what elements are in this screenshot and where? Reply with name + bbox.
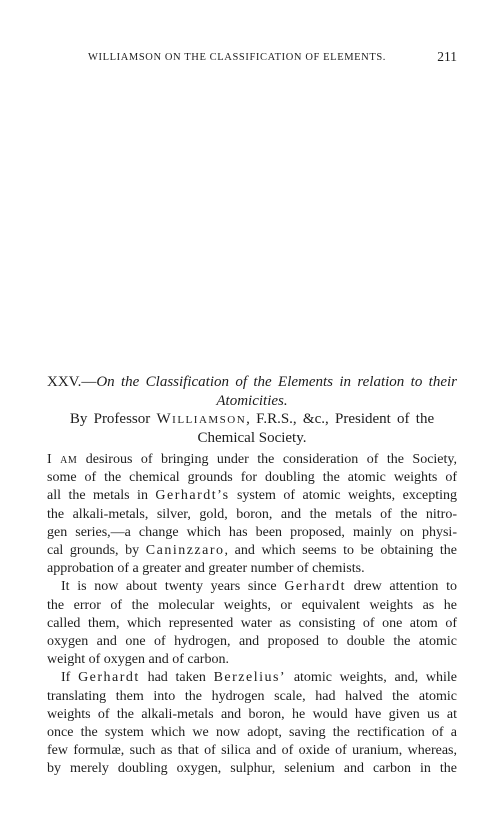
- text-line: gen series,—a change which has been prop…: [47, 524, 457, 542]
- text-segment: oxygen and one of hydrogen, and proposed…: [47, 634, 457, 649]
- text-line: once the system which we now adopt, savi…: [47, 724, 457, 742]
- text-segment: atomic weights, and, while: [286, 670, 457, 685]
- text-line: cal grounds, by Caninzzaro, and which se…: [47, 542, 457, 560]
- text-segment: the error of the molecular weights, or e…: [47, 598, 457, 613]
- text-segment: Caninzzaro: [146, 543, 225, 558]
- text-line: the alkali-metals, silver, gold, boron, …: [47, 506, 457, 524]
- text-segment: system of atomic weights, excepting: [230, 488, 457, 503]
- text-segment: had taken: [140, 670, 214, 685]
- text-segment: , F.R.S., &c., President of the: [246, 411, 434, 427]
- text-segment: Atomicities.: [216, 393, 287, 409]
- text-segment: By Professor: [70, 411, 157, 427]
- body-text: I am desirous of bringing under the cons…: [47, 451, 457, 779]
- text-segment: cal grounds, by: [47, 543, 146, 558]
- text-segment: weights of the alkali-metals and boron, …: [47, 707, 457, 722]
- text-line: weight of oxygen and of carbon.: [47, 651, 457, 669]
- text-line: weights of the alkali-metals and boron, …: [47, 706, 457, 724]
- text-line: By Professor Williamson, F.R.S., &c., Pr…: [47, 410, 457, 429]
- text-line: the error of the molecular weights, or e…: [47, 597, 457, 615]
- text-segment: It is now about twenty years since: [61, 579, 284, 594]
- text-line: by merely doubling oxygen, sulphur, sele…: [47, 760, 457, 778]
- text-line: XXV.—On the Classification of the Elemen…: [47, 373, 457, 392]
- text-line: few formulæ, such as that of silica and …: [47, 742, 457, 760]
- text-segment: Gerhardt’s: [155, 488, 229, 503]
- text-segment: desirous of bringing under the considera…: [77, 452, 457, 467]
- text-segment: some of the chemical grounds for doublin…: [47, 470, 457, 485]
- text-segment: approbation of a greater and greater num…: [47, 561, 365, 576]
- text-line: If Gerhardt had taken Berzelius’ atomic …: [47, 669, 457, 687]
- text-segment: Williamson: [157, 411, 247, 427]
- text-line: some of the chemical grounds for doublin…: [47, 469, 457, 487]
- text-segment: Gerhardt: [284, 579, 346, 594]
- text-segment: all the metals in: [47, 488, 155, 503]
- title-block: XXV.—On the Classification of the Elemen…: [47, 373, 457, 447]
- text-segment: Gerhardt: [78, 670, 140, 685]
- text-line: oxygen and one of hydrogen, and proposed…: [47, 633, 457, 651]
- text-segment: drew attention to: [346, 579, 457, 594]
- page-number: 211: [437, 49, 457, 65]
- text-line: called them, which represented water as …: [47, 615, 457, 633]
- text-segment: translating them into the hydrogen scale…: [47, 689, 457, 704]
- text-line: It is now about twenty years since Gerha…: [47, 578, 457, 596]
- text-segment: by merely doubling oxygen, sulphur, sele…: [47, 761, 457, 776]
- text-segment: XXV.—: [47, 374, 96, 390]
- running-head-title: WILLIAMSON ON THE CLASSIFICATION OF ELEM…: [47, 52, 427, 63]
- text-segment: few formulæ, such as that of silica and …: [47, 743, 457, 758]
- text-segment: once the system which we now adopt, savi…: [47, 725, 457, 740]
- text-line: Chemical Society.: [47, 429, 457, 448]
- text-segment: , and which seems to be obtaining the: [225, 543, 458, 558]
- text-segment: weight of oxygen and of carbon.: [47, 652, 229, 667]
- text-segment: the alkali-metals, silver, gold, boron, …: [47, 507, 457, 522]
- text-segment: Chemical Society.: [198, 430, 307, 446]
- text-line: approbation of a greater and greater num…: [47, 560, 457, 578]
- text-segment: On the Classification of the Elements in…: [96, 374, 457, 390]
- text-segment: Berzelius’: [214, 670, 287, 685]
- running-head: WILLIAMSON ON THE CLASSIFICATION OF ELEM…: [47, 49, 457, 67]
- text-segment: called them, which represented water as …: [47, 616, 457, 631]
- text-line: Atomicities.: [47, 392, 457, 411]
- text-segment: gen series,—a change which has been prop…: [47, 525, 457, 540]
- text-line: all the metals in Gerhardt’s system of a…: [47, 487, 457, 505]
- text-segment: am: [60, 452, 77, 467]
- scanned-page: WILLIAMSON ON THE CLASSIFICATION OF ELEM…: [0, 0, 500, 825]
- text-segment: I: [47, 452, 60, 467]
- text-line: translating them into the hydrogen scale…: [47, 688, 457, 706]
- text-line: I am desirous of bringing under the cons…: [47, 451, 457, 469]
- text-segment: If: [61, 670, 78, 685]
